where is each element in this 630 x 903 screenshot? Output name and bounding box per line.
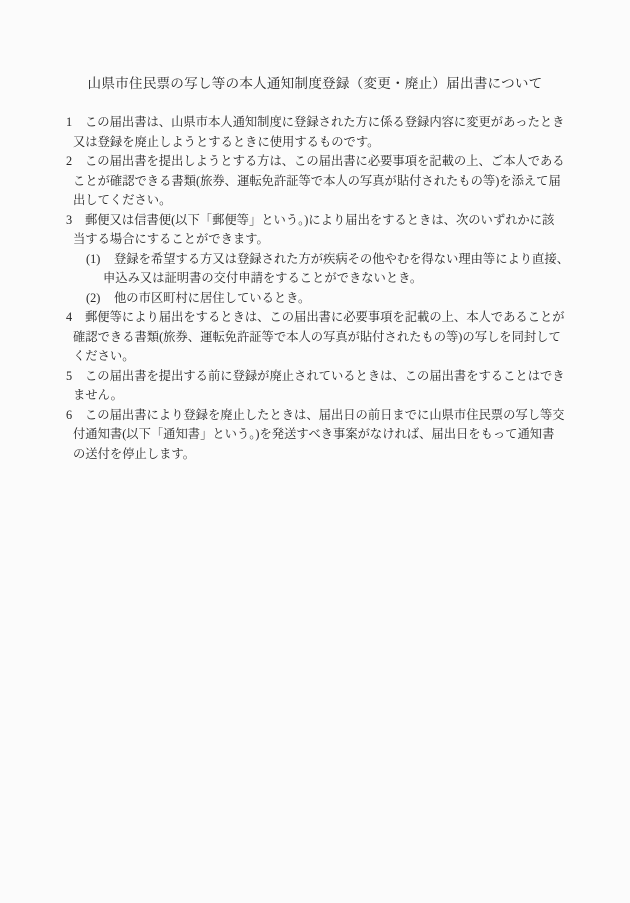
notice-item-6: 6この届出書により登録を廃止したときは、届出日の前日までに山県市住民票の写し等交… [0,406,630,465]
notice-subitem-2: (2)他の市区町村に居住しているとき。 [0,289,630,309]
item-line: 付通知書(以下「通知書」という。)を発送すべき事案がなければ、届出日をもって通知… [0,425,630,445]
item-text: この届出書を提出する前に登録が廃止されているときは、この届出書をすることはでき [85,369,565,383]
item-number: 6 [66,406,85,426]
notice-list: 1この届出書は、山県市本人通知制度に登録された方に係る登録内容に変更があったとき… [0,113,630,464]
item-line: 確認できる書類(旅券、運転免許証等で本人の写真が貼付されたもの等)の写しを同封し… [0,328,630,348]
item-line: 又は登録を廃止しようとするときに使用するものです。 [0,133,630,153]
notice-item-5: 5この届出書を提出する前に登録が廃止されているときは、この届出書をすることはでき… [0,367,630,406]
notice-item-4: 4郵便等により届出をするときは、この届出書に必要事項を記載の上、本人であることが… [0,308,630,367]
subitem-line: (2)他の市区町村に居住しているとき。 [0,289,630,309]
notice-item-1: 1この届出書は、山県市本人通知制度に登録された方に係る登録内容に変更があったとき… [0,113,630,152]
item-text: 郵便等により届出をするときは、この届出書に必要事項を記載の上、本人であることが [85,310,565,324]
item-number: 1 [66,113,85,133]
item-line: ことが確認できる書類(旅券、運転免許証等で本人の写真が貼付されたもの等)を添えて… [0,172,630,192]
item-line: ません。 [0,386,630,406]
item-text: この届出書は、山県市本人通知制度に登録された方に係る登録内容に変更があったとき [85,115,564,129]
item-number: 4 [66,308,85,328]
notice-subitem-1: (1)登録を希望する方又は登録された方が疾病その他やむを得ない理由等により直接、… [0,250,630,289]
subitem-line: 申込み又は証明書の交付申請をすることができないとき。 [0,269,630,289]
document-page: 山県市住民票の写し等の本人通知制度登録（変更・廃止）届出書について 1この届出書… [0,0,630,903]
subitem-line: (1)登録を希望する方又は登録された方が疾病その他やむを得ない理由等により直接、 [0,250,630,270]
item-line: 出してください。 [0,191,630,211]
subitem-text: 登録を希望する方又は登録された方が疾病その他やむを得ない理由等により直接、 [114,252,569,266]
item-number: 5 [66,367,85,387]
item-line: 1この届出書は、山県市本人通知制度に登録された方に係る登録内容に変更があったとき [0,113,630,133]
item-line: 当する場合にすることができます。 [0,230,630,250]
item-line: 4郵便等により届出をするときは、この届出書に必要事項を記載の上、本人であることが [0,308,630,328]
item-text: 郵便又は信書便(以下「郵便等」という。)により届出をするときは、次のいずれかに該 [85,213,554,227]
item-number: 2 [66,152,85,172]
item-text: この届出書により登録を廃止したときは、届出日の前日までに山県市住民票の写し等交 [85,408,565,422]
item-line: 3郵便又は信書便(以下「郵便等」という。)により届出をするときは、次のいずれかに… [0,211,630,231]
subitem-marker: (1) [86,250,114,270]
item-line: 6この届出書により登録を廃止したときは、届出日の前日までに山県市住民票の写し等交 [0,406,630,426]
item-line: 5この届出書を提出する前に登録が廃止されているときは、この届出書をすることはでき [0,367,630,387]
subitem-marker: (2) [86,289,114,309]
notice-item-2: 2この届出書を提出しようとする方は、この届出書に必要事項を記載の上、ご本人である… [0,152,630,211]
item-text: この届出書を提出しようとする方は、この届出書に必要事項を記載の上、ご本人である [85,154,565,168]
subitem-text: 他の市区町村に居住しているとき。 [114,291,310,305]
item-line: 2この届出書を提出しようとする方は、この届出書に必要事項を記載の上、ご本人である [0,152,630,172]
item-line: の送付を停止します。 [0,445,630,465]
notice-item-3: 3郵便又は信書便(以下「郵便等」という。)により届出をするときは、次のいずれかに… [0,211,630,309]
item-line: ください。 [0,347,630,367]
item-number: 3 [66,211,85,231]
document-title: 山県市住民票の写し等の本人通知制度登録（変更・廃止）届出書について [0,74,630,94]
